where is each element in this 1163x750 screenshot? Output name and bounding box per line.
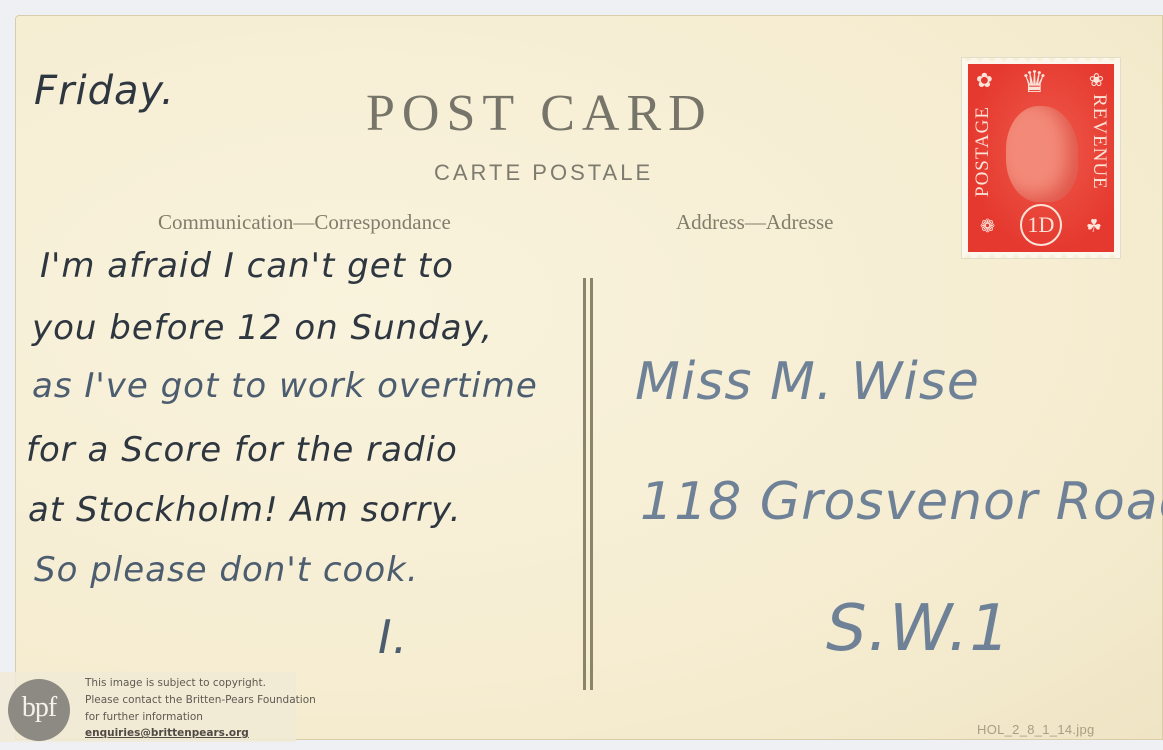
stamp-face: ✿ ♛ ❀ POSTAGE REVENUE ❁ 1D ☘ [968,64,1114,252]
bpf-logo: bpf [8,679,70,741]
postage-stamp: ✿ ♛ ❀ POSTAGE REVENUE ❁ 1D ☘ [962,58,1120,258]
crown-icon: ♛ [1021,68,1048,98]
king-portrait-icon [1006,106,1078,202]
copyright-line: Please contact the Britten-Pears Foundat… [85,694,316,706]
copyright-line: for further information [85,711,203,723]
divider-line [590,278,593,690]
daffodil-icon: ❁ [980,216,995,237]
thistle-icon: ❀ [1089,70,1104,91]
rose-icon: ✿ [976,68,993,92]
address-name: Miss M. Wise [635,352,980,412]
message-line: So please don't cook. [34,550,419,590]
message-line: for a Score for the radio [26,430,458,470]
message-line: you before 12 on Sunday, [32,308,493,348]
stamp-revenue-text: REVENUE [1088,94,1110,190]
contact-email-link[interactable]: enquiries@brittenpears.org [85,727,249,739]
shamrock-icon: ☘ [1086,216,1102,237]
image-filename: HOL_2_8_1_14.jpg [977,722,1095,737]
postcard-subtitle: CARTE POSTALE [434,160,653,186]
address-district: S.W.1 [826,592,1011,666]
message-day: Friday. [34,68,175,114]
message-signature: I. [378,610,408,664]
address-street: 118 Grosvenor Road [640,472,1163,532]
stamp-postage-text: POSTAGE [972,106,994,197]
communication-label: Communication—Correspondance [158,210,451,235]
message-line: as I've got to work overtime [32,366,538,406]
address-label: Address—Adresse [676,210,833,235]
postcard-title: POST CARD [366,84,713,143]
copyright-line: This image is subject to copyright. [85,677,266,689]
message-line: at Stockholm! Am sorry. [28,490,461,530]
divider-line [583,278,586,690]
message-line: I'm afraid I can't get to [40,246,454,286]
stamp-value: 1D [1020,204,1062,246]
